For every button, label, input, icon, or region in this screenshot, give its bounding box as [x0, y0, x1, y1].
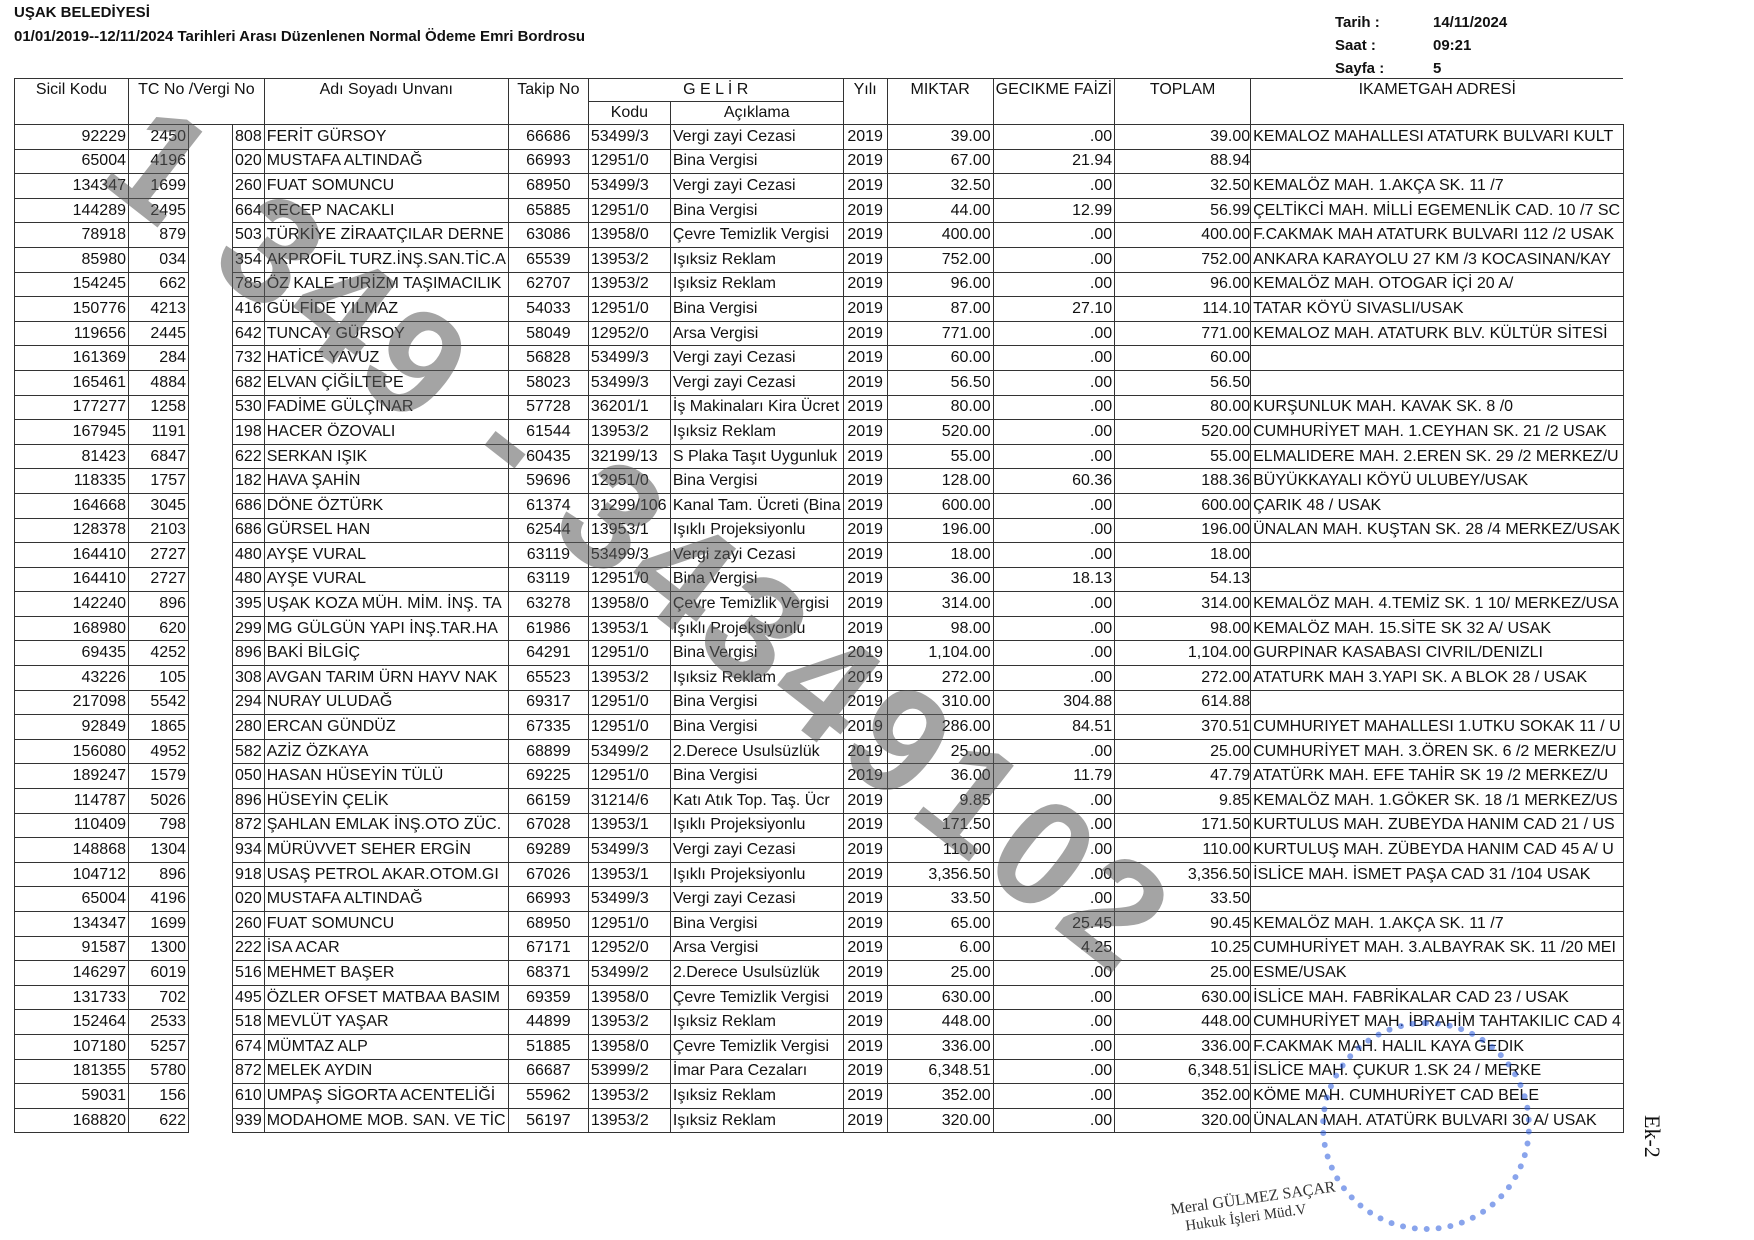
- cell-sicil: 85980: [15, 247, 129, 272]
- col-yil: Yılı: [843, 79, 887, 125]
- cell-kodu: 13958/0: [588, 223, 670, 248]
- redaction-gap: [189, 813, 233, 838]
- cell-kodu: 13953/2: [588, 666, 670, 691]
- redaction-gap: [189, 149, 233, 174]
- cell-adres: ÜNALAN MAH. ATATÜRK BULVARI 30 A/ USAK: [1251, 1108, 1624, 1133]
- cell-tc-a: 4952: [129, 739, 189, 764]
- cell-kodu: 53499/3: [588, 125, 670, 150]
- cell-toplam: 600.00: [1115, 493, 1251, 518]
- redaction-gap: [189, 592, 233, 617]
- cell-sicil: 69435: [15, 641, 129, 666]
- cell-toplam: 55.00: [1115, 444, 1251, 469]
- cell-takip: 63119: [508, 567, 588, 592]
- cell-kodu: 12951/0: [588, 912, 670, 937]
- cell-tc-b: 182: [233, 469, 265, 494]
- cell-toplam: 25.00: [1115, 739, 1251, 764]
- cell-yil: 2019: [843, 715, 887, 740]
- cell-adres: F.CAKMAK MAH ATATURK BULVARI 112 /2 USAK: [1251, 223, 1624, 248]
- cell-toplam: 448.00: [1115, 1010, 1251, 1035]
- col-kodu: Kodu: [588, 102, 670, 125]
- redaction-gap: [189, 543, 233, 568]
- cell-name: MEHMET BAŞER: [264, 961, 508, 986]
- cell-adres: [1251, 887, 1624, 912]
- cell-sicil: 134347: [15, 912, 129, 937]
- cell-toplam: 98.00: [1115, 616, 1251, 641]
- cell-tc-b: 299: [233, 616, 265, 641]
- cell-yil: 2019: [843, 616, 887, 641]
- cell-toplam: 6,348.51: [1115, 1059, 1251, 1084]
- cell-takip: 64291: [508, 641, 588, 666]
- cell-sicil: 217098: [15, 690, 129, 715]
- cell-takip: 65523: [508, 666, 588, 691]
- cell-name: MG GÜLGÜN YAPI İNŞ.TAR.HA: [264, 616, 508, 641]
- cell-toplam: 90.45: [1115, 912, 1251, 937]
- cell-kodu: 31214/6: [588, 789, 670, 814]
- cell-yil: 2019: [843, 543, 887, 568]
- cell-tc-b: 939: [233, 1108, 265, 1133]
- cell-tc-b: 518: [233, 1010, 265, 1035]
- cell-name: NURAY ULUDAĞ: [264, 690, 508, 715]
- cell-aciklama: Kanal Tam. Ücreti (Bina: [670, 493, 843, 518]
- cell-name: RECEP NACAKLI: [264, 198, 508, 223]
- table-row: 1644102727480AYŞE VURAL6311912951/0Bina …: [15, 567, 1624, 592]
- cell-tc-a: 1191: [129, 420, 189, 445]
- table-row: 1892471579050HASAN HÜSEYİN TÜLÜ692251295…: [15, 764, 1624, 789]
- cell-sicil: 78918: [15, 223, 129, 248]
- cell-aciklama: Çevre Temizlik Vergisi: [670, 985, 843, 1010]
- cell-tc-a: 2533: [129, 1010, 189, 1035]
- cell-miktar: 600.00: [887, 493, 993, 518]
- cell-kodu: 12952/0: [588, 321, 670, 346]
- cell-aciklama: Bina Vergisi: [670, 912, 843, 937]
- cell-yil: 2019: [843, 272, 887, 297]
- cell-faiz: .00: [993, 543, 1114, 568]
- cell-toplam: 614.88: [1115, 690, 1251, 715]
- cell-name: TUNCAY GÜRSOY: [264, 321, 508, 346]
- cell-miktar: 520.00: [887, 420, 993, 445]
- cell-toplam: 336.00: [1115, 1034, 1251, 1059]
- cell-takip: 61374: [508, 493, 588, 518]
- redaction-gap: [189, 198, 233, 223]
- cell-toplam: 400.00: [1115, 223, 1251, 248]
- cell-miktar: 96.00: [887, 272, 993, 297]
- cell-aciklama: Bina Vergisi: [670, 469, 843, 494]
- redaction-gap: [189, 420, 233, 445]
- redaction-gap: [189, 125, 233, 150]
- cell-adres: F.CAKMAK MAH. HALIL KAYA GEDIK: [1251, 1034, 1624, 1059]
- redaction-gap: [189, 936, 233, 961]
- cell-kodu: 53499/2: [588, 739, 670, 764]
- cell-aciklama: Işıklı Projeksiyonlu: [670, 813, 843, 838]
- cell-faiz: 25.45: [993, 912, 1114, 937]
- cell-miktar: 18.00: [887, 543, 993, 568]
- cell-kodu: 12951/0: [588, 641, 670, 666]
- cell-tc-a: 5542: [129, 690, 189, 715]
- report-meta: Tarih :14/11/2024 Saat :09:21 Sayfa :5: [1335, 14, 1507, 83]
- cell-tc-a: 1304: [129, 838, 189, 863]
- table-row: 1654614884682ELVAN ÇİĞİLTEPE5802353499/3…: [15, 370, 1624, 395]
- cell-adres: KEMALÖZ MAH. 1.AKÇA SK. 11 /7: [1251, 912, 1624, 937]
- time-value: 09:21: [1433, 37, 1471, 60]
- cell-name: AKPROFİL TURZ.İNŞ.SAN.TİC.A: [264, 247, 508, 272]
- cell-aciklama: Katı Atık Top. Taş. Ücr: [670, 789, 843, 814]
- redaction-gap: [189, 272, 233, 297]
- cell-miktar: 352.00: [887, 1084, 993, 1109]
- cell-tc-a: 798: [129, 813, 189, 838]
- cell-faiz: .00: [993, 666, 1114, 691]
- cell-yil: 2019: [843, 813, 887, 838]
- cell-kodu: 12951/0: [588, 567, 670, 592]
- cell-kodu: 53499/3: [588, 543, 670, 568]
- cell-kodu: 13953/2: [588, 1084, 670, 1109]
- cell-tc-b: 732: [233, 346, 265, 371]
- cell-sicil: 146297: [15, 961, 129, 986]
- cell-name: HASAN HÜSEYİN TÜLÜ: [264, 764, 508, 789]
- cell-aciklama: Bina Vergisi: [670, 198, 843, 223]
- cell-kodu: 13953/1: [588, 813, 670, 838]
- cell-tc-a: 6847: [129, 444, 189, 469]
- cell-faiz: 4.25: [993, 936, 1114, 961]
- cell-miktar: 80.00: [887, 395, 993, 420]
- cell-yil: 2019: [843, 1010, 887, 1035]
- cell-name: MODAHOME MOB. SAN. VE TİC: [264, 1108, 508, 1133]
- cell-takip: 66993: [508, 887, 588, 912]
- cell-adres: CUMHURİYET MAH. 3.ÖREN SK. 6 /2 MERKEZ/U: [1251, 739, 1624, 764]
- cell-faiz: .00: [993, 346, 1114, 371]
- cell-sicil: 154245: [15, 272, 129, 297]
- cell-takip: 58023: [508, 370, 588, 395]
- cell-adres: [1251, 543, 1624, 568]
- cell-faiz: .00: [993, 813, 1114, 838]
- cell-name: BAKİ BİLGİÇ: [264, 641, 508, 666]
- redaction-gap: [189, 666, 233, 691]
- cell-adres: ÇELTİKCİ MAH. MİLLİ EGEMENLİK CAD. 10 /7…: [1251, 198, 1624, 223]
- cell-yil: 2019: [843, 739, 887, 764]
- cell-tc-b: 516: [233, 961, 265, 986]
- redaction-gap: [189, 223, 233, 248]
- cell-tc-b: 308: [233, 666, 265, 691]
- table-row: 650044196020MUSTAFA ALTINDAĞ6699353499/3…: [15, 887, 1624, 912]
- col-faiz: GECIKME FAİZİ: [993, 79, 1114, 125]
- cell-tc-b: 582: [233, 739, 265, 764]
- cell-tc-b: 686: [233, 518, 265, 543]
- cell-kodu: 12952/0: [588, 936, 670, 961]
- cell-faiz: .00: [993, 223, 1114, 248]
- cell-toplam: 520.00: [1115, 420, 1251, 445]
- cell-kodu: 12951/0: [588, 198, 670, 223]
- cell-yil: 2019: [843, 444, 887, 469]
- cell-name: HÜSEYİN ÇELİK: [264, 789, 508, 814]
- redaction-gap: [189, 1034, 233, 1059]
- cell-sicil: 131733: [15, 985, 129, 1010]
- cell-name: MELEK AYDIN: [264, 1059, 508, 1084]
- cell-faiz: .00: [993, 370, 1114, 395]
- table-row: 1560804952582AZİZ ÖZKAYA6889953499/22.De…: [15, 739, 1624, 764]
- cell-tc-b: 918: [233, 862, 265, 887]
- cell-tc-a: 896: [129, 862, 189, 887]
- cell-faiz: .00: [993, 961, 1114, 986]
- cell-tc-a: 1579: [129, 764, 189, 789]
- cell-adres: [1251, 690, 1624, 715]
- cell-toplam: 1,104.00: [1115, 641, 1251, 666]
- cell-takip: 58049: [508, 321, 588, 346]
- cell-yil: 2019: [843, 862, 887, 887]
- cell-toplam: 56.99: [1115, 198, 1251, 223]
- redaction-gap: [189, 1084, 233, 1109]
- cell-toplam: 752.00: [1115, 247, 1251, 272]
- cell-adres: [1251, 567, 1624, 592]
- cell-takip: 55962: [508, 1084, 588, 1109]
- cell-kodu: 53499/3: [588, 346, 670, 371]
- cell-toplam: 114.10: [1115, 297, 1251, 322]
- cell-kodu: 53999/2: [588, 1059, 670, 1084]
- cell-miktar: 36.00: [887, 567, 993, 592]
- redaction-gap: [189, 493, 233, 518]
- table-row: 1524642533518MEVLÜT YAŞAR4489913953/2Işı…: [15, 1010, 1624, 1035]
- cell-adres: ESME/USAK: [1251, 961, 1624, 986]
- cell-yil: 2019: [843, 469, 887, 494]
- cell-toplam: 771.00: [1115, 321, 1251, 346]
- cell-aciklama: Çevre Temizlik Vergisi: [670, 592, 843, 617]
- cell-toplam: 320.00: [1115, 1108, 1251, 1133]
- cell-kodu: 13953/2: [588, 247, 670, 272]
- cell-miktar: 6.00: [887, 936, 993, 961]
- cell-yil: 2019: [843, 493, 887, 518]
- cell-faiz: .00: [993, 247, 1114, 272]
- cell-kodu: 53499/3: [588, 370, 670, 395]
- cell-faiz: .00: [993, 1084, 1114, 1109]
- cell-adres: KURTULUŞ MAH. ZÜBEYDA HANIM CAD 45 A/ U: [1251, 838, 1624, 863]
- cell-sicil: 128378: [15, 518, 129, 543]
- cell-aciklama: Işıksiz Reklam: [670, 1010, 843, 1035]
- cell-faiz: 304.88: [993, 690, 1114, 715]
- cell-adres: [1251, 370, 1624, 395]
- cell-toplam: 96.00: [1115, 272, 1251, 297]
- cell-tc-b: 050: [233, 764, 265, 789]
- cell-aciklama: Işıksiz Reklam: [670, 247, 843, 272]
- cell-miktar: 752.00: [887, 247, 993, 272]
- cell-miktar: 25.00: [887, 961, 993, 986]
- cell-yil: 2019: [843, 297, 887, 322]
- cell-toplam: 56.50: [1115, 370, 1251, 395]
- cell-yil: 2019: [843, 247, 887, 272]
- cell-faiz: .00: [993, 887, 1114, 912]
- cell-adres: BÜYÜKKAYALI KÖYÜ ULUBEY/USAK: [1251, 469, 1624, 494]
- cell-adres: CUMHURİYET MAH. 3.ALBAYRAK SK. 11 /20 ME…: [1251, 936, 1624, 961]
- cell-name: FERİT GÜRSOY: [264, 125, 508, 150]
- cell-tc-a: 1757: [129, 469, 189, 494]
- payment-order-table: Sicil Kodu TC No /Vergi No Adı Soyadı Un…: [14, 78, 1624, 1133]
- col-takip: Takip No: [508, 79, 588, 125]
- cell-adres: CUMHURİYET MAH. İBRAHİM TAHTAKILIC CAD 4: [1251, 1010, 1624, 1035]
- redaction-gap: [189, 985, 233, 1010]
- cell-miktar: 39.00: [887, 125, 993, 150]
- cell-yil: 2019: [843, 641, 887, 666]
- redaction-gap: [189, 739, 233, 764]
- organization-name: UŞAK BELEDİYESİ: [14, 4, 150, 21]
- table-row: 2170985542294NURAY ULUDAĞ6931712951/0Bin…: [15, 690, 1624, 715]
- cell-takip: 69359: [508, 985, 588, 1010]
- cell-miktar: 32.50: [887, 174, 993, 199]
- cell-tc-b: 530: [233, 395, 265, 420]
- table-row: 1283782103686GÜRSEL HAN6254413953/1Işıkl…: [15, 518, 1624, 543]
- cell-toplam: 110.00: [1115, 838, 1251, 863]
- cell-aciklama: Vergi zayi Cezasi: [670, 125, 843, 150]
- col-tc: TC No /Vergi No: [129, 79, 265, 125]
- cell-adres: ÜNALAN MAH. KUŞTAN SK. 28 /4 MERKEZ/USAK: [1251, 518, 1624, 543]
- cell-kodu: 36201/1: [588, 395, 670, 420]
- cell-name: AYŞE VURAL: [264, 543, 508, 568]
- cell-aciklama: Bina Vergisi: [670, 297, 843, 322]
- table-row: 78918879503TÜRKİYE ZİRAATÇILAR DERNE6308…: [15, 223, 1624, 248]
- cell-kodu: 12951/0: [588, 764, 670, 789]
- cell-tc-b: 260: [233, 174, 265, 199]
- cell-tc-b: 664: [233, 198, 265, 223]
- cell-yil: 2019: [843, 174, 887, 199]
- redaction-gap: [189, 370, 233, 395]
- col-sicil: Sicil Kodu: [15, 79, 129, 125]
- cell-takip: 65539: [508, 247, 588, 272]
- cell-adres: İSLİCE MAH. İSMET PAŞA CAD 31 /104 USAK: [1251, 862, 1624, 887]
- cell-aciklama: Arsa Vergisi: [670, 321, 843, 346]
- table-row: 59031156610UMPAŞ SİGORTA ACENTELİĞİ55962…: [15, 1084, 1624, 1109]
- cell-takip: 56197: [508, 1108, 588, 1133]
- cell-toplam: 33.50: [1115, 887, 1251, 912]
- cell-faiz: 27.10: [993, 297, 1114, 322]
- cell-miktar: 314.00: [887, 592, 993, 617]
- cell-faiz: .00: [993, 789, 1114, 814]
- cell-faiz: .00: [993, 1034, 1114, 1059]
- cell-miktar: 3,356.50: [887, 862, 993, 887]
- cell-adres: İSLİCE MAH. FABRİKALAR CAD 23 / USAK: [1251, 985, 1624, 1010]
- cell-toplam: 630.00: [1115, 985, 1251, 1010]
- cell-aciklama: Işıklı Projeksiyonlu: [670, 518, 843, 543]
- cell-sicil: 164410: [15, 543, 129, 568]
- report-title: 01/01/2019--12/11/2024 Tarihleri Arası D…: [14, 28, 585, 45]
- cell-yil: 2019: [843, 666, 887, 691]
- cell-tc-b: 020: [233, 887, 265, 912]
- cell-name: MUSTAFA ALTINDAĞ: [264, 887, 508, 912]
- cell-tc-b: 280: [233, 715, 265, 740]
- cell-sicil: 152464: [15, 1010, 129, 1035]
- cell-kodu: 12951/0: [588, 297, 670, 322]
- table-row: 168980620299MG GÜLGÜN YAPI İNŞ.TAR.HA619…: [15, 616, 1624, 641]
- redaction-gap: [189, 346, 233, 371]
- cell-tc-b: 642: [233, 321, 265, 346]
- cell-name: USAŞ PETROL AKAR.OTOM.GI: [264, 862, 508, 887]
- cell-takip: 44899: [508, 1010, 588, 1035]
- cell-toplam: 272.00: [1115, 666, 1251, 691]
- table-row: 1183351757182HAVA ŞAHİN5969612951/0Bina …: [15, 469, 1624, 494]
- cell-sicil: 114787: [15, 789, 129, 814]
- cell-name: ÖZLER OFSET MATBAA BASIM: [264, 985, 508, 1010]
- cell-name: AVGAN TARIM ÜRN HAYV NAK: [264, 666, 508, 691]
- cell-miktar: 55.00: [887, 444, 993, 469]
- table-row: 814236847622SERKAN IŞIK6043532199/13S Pl…: [15, 444, 1624, 469]
- cell-tc-a: 034: [129, 247, 189, 272]
- cell-sicil: 65004: [15, 887, 129, 912]
- col-toplam: TOPLAM: [1115, 79, 1251, 125]
- cell-sicil: 168820: [15, 1108, 129, 1133]
- cell-takip: 61986: [508, 616, 588, 641]
- cell-faiz: .00: [993, 1108, 1114, 1133]
- cell-name: SERKAN IŞIK: [264, 444, 508, 469]
- redaction-gap: [189, 444, 233, 469]
- cell-toplam: 352.00: [1115, 1084, 1251, 1109]
- cell-adres: KEMALÖZ MAH. 15.SİTE SK 32 A/ USAK: [1251, 616, 1624, 641]
- cell-faiz: 12.99: [993, 198, 1114, 223]
- table-row: 1071805257674MÜMTAZ ALP5188513958/0Çevre…: [15, 1034, 1624, 1059]
- cell-yil: 2019: [843, 223, 887, 248]
- cell-sicil: 189247: [15, 764, 129, 789]
- cell-aciklama: Arsa Vergisi: [670, 936, 843, 961]
- cell-aciklama: Çevre Temizlik Vergisi: [670, 1034, 843, 1059]
- cell-faiz: .00: [993, 272, 1114, 297]
- cell-toplam: 25.00: [1115, 961, 1251, 986]
- cell-tc-b: 480: [233, 567, 265, 592]
- cell-sicil: 104712: [15, 862, 129, 887]
- table-row: 1343471699260FUAT SOMUNCU6895012951/0Bin…: [15, 912, 1624, 937]
- cell-adres: ÇARIK 48 / USAK: [1251, 493, 1624, 518]
- cell-takip: 54033: [508, 297, 588, 322]
- cell-adres: KEMALÖZ MAH. 1.GÖKER SK. 18 /1 MERKEZ/US: [1251, 789, 1624, 814]
- table-row: 1813555780872MELEK AYDIN6668753999/2İmar…: [15, 1059, 1624, 1084]
- cell-miktar: 67.00: [887, 149, 993, 174]
- cell-name: HAVA ŞAHİN: [264, 469, 508, 494]
- cell-miktar: 448.00: [887, 1010, 993, 1035]
- cell-takip: 63086: [508, 223, 588, 248]
- cell-kodu: 13953/1: [588, 518, 670, 543]
- cell-aciklama: 2.Derece Usulsüzlük: [670, 739, 843, 764]
- cell-tc-a: 156: [129, 1084, 189, 1109]
- cell-kodu: 12951/0: [588, 690, 670, 715]
- cell-name: ELVAN ÇİĞİLTEPE: [264, 370, 508, 395]
- redaction-gap: [189, 321, 233, 346]
- cell-takip: 67026: [508, 862, 588, 887]
- cell-kodu: 53499/3: [588, 174, 670, 199]
- cell-takip: 60435: [508, 444, 588, 469]
- cell-toplam: 60.00: [1115, 346, 1251, 371]
- cell-tc-a: 2727: [129, 543, 189, 568]
- cell-takip: 57728: [508, 395, 588, 420]
- redaction-gap: [189, 690, 233, 715]
- cell-takip: 63119: [508, 543, 588, 568]
- redaction-gap: [189, 887, 233, 912]
- cell-tc-a: 4884: [129, 370, 189, 395]
- cell-yil: 2019: [843, 321, 887, 346]
- cell-kodu: 13953/2: [588, 420, 670, 445]
- cell-name: TÜRKİYE ZİRAATÇILAR DERNE: [264, 223, 508, 248]
- cell-yil: 2019: [843, 567, 887, 592]
- cell-yil: 2019: [843, 912, 887, 937]
- cell-tc-a: 4196: [129, 887, 189, 912]
- cell-tc-b: 622: [233, 444, 265, 469]
- table-row: 1488681304934MÜRÜVVET SEHER ERGİN6928953…: [15, 838, 1624, 863]
- cell-takip: 62707: [508, 272, 588, 297]
- cell-sicil: 144289: [15, 198, 129, 223]
- cell-sicil: 161369: [15, 346, 129, 371]
- cell-miktar: 196.00: [887, 518, 993, 543]
- cell-name: ERCAN GÜNDÜZ: [264, 715, 508, 740]
- cell-aciklama: Bina Vergisi: [670, 641, 843, 666]
- cell-faiz: 18.13: [993, 567, 1114, 592]
- cell-tc-b: 495: [233, 985, 265, 1010]
- table-row: 1772771258530FADİME GÜLÇINAR5772836201/1…: [15, 395, 1624, 420]
- cell-tc-a: 5780: [129, 1059, 189, 1084]
- cell-aciklama: Bina Vergisi: [670, 764, 843, 789]
- cell-name: GÜRSEL HAN: [264, 518, 508, 543]
- cell-tc-a: 4196: [129, 149, 189, 174]
